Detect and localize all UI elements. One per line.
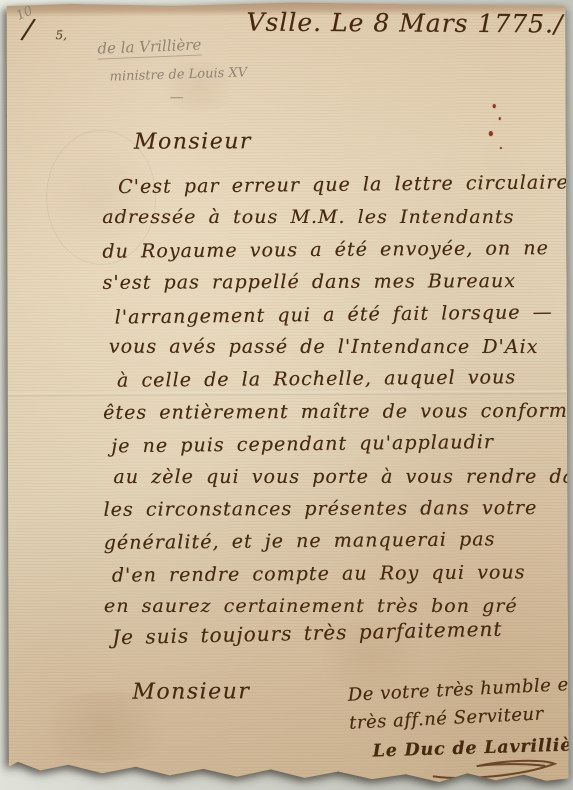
pencil-attribution-author: de la Vrillière [97, 36, 202, 60]
body-line: à celle de la Rochelle, auquel vous [103, 361, 565, 397]
ink-slash-mark: / [22, 14, 34, 46]
signature-flourish [431, 757, 563, 784]
red-ink-spot [500, 147, 502, 149]
body-line: adressée à tous M.M. les Intendants [102, 201, 564, 233]
body-line: du Royaume vous a été envoyée, on ne [102, 232, 564, 268]
letter-page: 10 / 5, de la Vrillière ministre de Loui… [3, 0, 568, 790]
red-ink-spot [499, 117, 501, 120]
body-line: d'en rendre compte au Roy qui vous [104, 556, 566, 592]
body-line: s'est pas rappellé dans mes Bureaux [102, 265, 564, 299]
body-line: généralité, et je ne manquerai pas [103, 523, 565, 560]
letter-body: C'est par erreur que la lettre circulair… [102, 168, 566, 624]
red-ink-spot [489, 131, 493, 136]
paper-shadow-wrapper: 10 / 5, de la Vrillière ministre de Loui… [5, 1, 567, 789]
closing-salutation: Monsieur [132, 679, 250, 705]
body-line: les circonstances présentes dans votre [103, 492, 565, 526]
pencil-attribution-title: ministre de Louis XV [109, 65, 247, 84]
scanned-letter-scene: 10 / 5, de la Vrillière ministre de Loui… [0, 0, 573, 790]
valediction-block: De votre très humble et très aff.né Serv… [347, 671, 573, 738]
body-line: vous avés passé de l'Intendance D'Aix [103, 331, 565, 364]
pencil-dash: — [170, 89, 184, 105]
small-ink-mark: 5, [55, 28, 67, 42]
body-line: C'est par erreur que la lettre circulair… [102, 166, 564, 203]
body-line: êtes entièrement maître de vous conforme… [103, 395, 565, 429]
dateline: Vslle. Le 8 Mars 1775./ [246, 8, 563, 39]
body-line: l'arrangement qui a été fait lorsque — [102, 296, 564, 334]
body-line: au zèle qui vous porte à vous rendre dan… [103, 460, 565, 493]
body-line: je ne puis cependant qu'applaudir [103, 425, 565, 463]
red-ink-spot [493, 104, 496, 108]
salutation: Monsieur [134, 129, 252, 155]
